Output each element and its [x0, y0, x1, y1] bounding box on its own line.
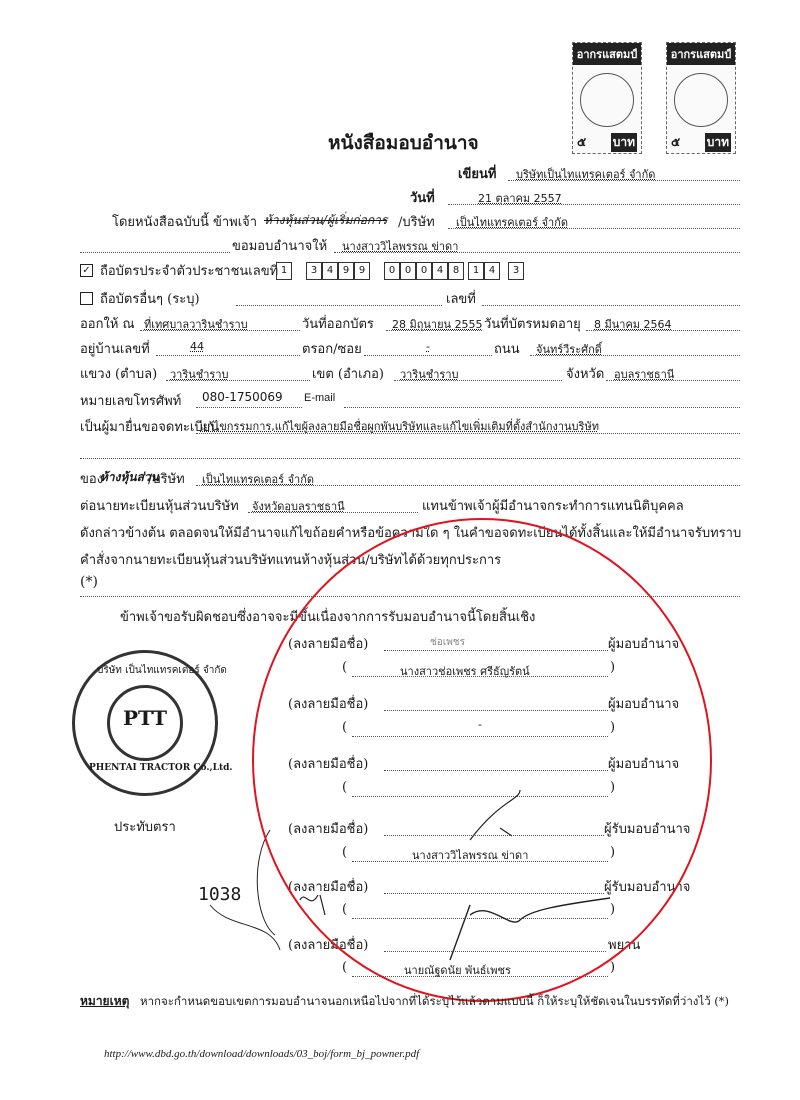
seal-caption: ประทับตรา — [114, 816, 176, 837]
company-logo: PTT — [107, 685, 183, 761]
seal-english-text: PHENTAI TRACTOR Co.,Ltd. — [89, 763, 233, 773]
handwritten-number: 1038 — [198, 884, 241, 905]
note-label: หมายเหตุ — [80, 992, 129, 1011]
note-text: หากจะกำหนดขอบเขตการมอบอำนาจนอกเหนือไปจาก… — [140, 993, 729, 1011]
annotation-circle — [252, 518, 712, 1002]
company-seal: PTT บริษัท เป็นไทแทรคเตอร์ จำกัด PHENTAI… — [72, 650, 218, 796]
seal-thai-text: บริษัท เป็นไทแทรคเตอร์ จำกัด — [97, 663, 227, 678]
source-url[interactable]: http://www.dbd.go.th/download/downloads/… — [104, 1048, 419, 1060]
